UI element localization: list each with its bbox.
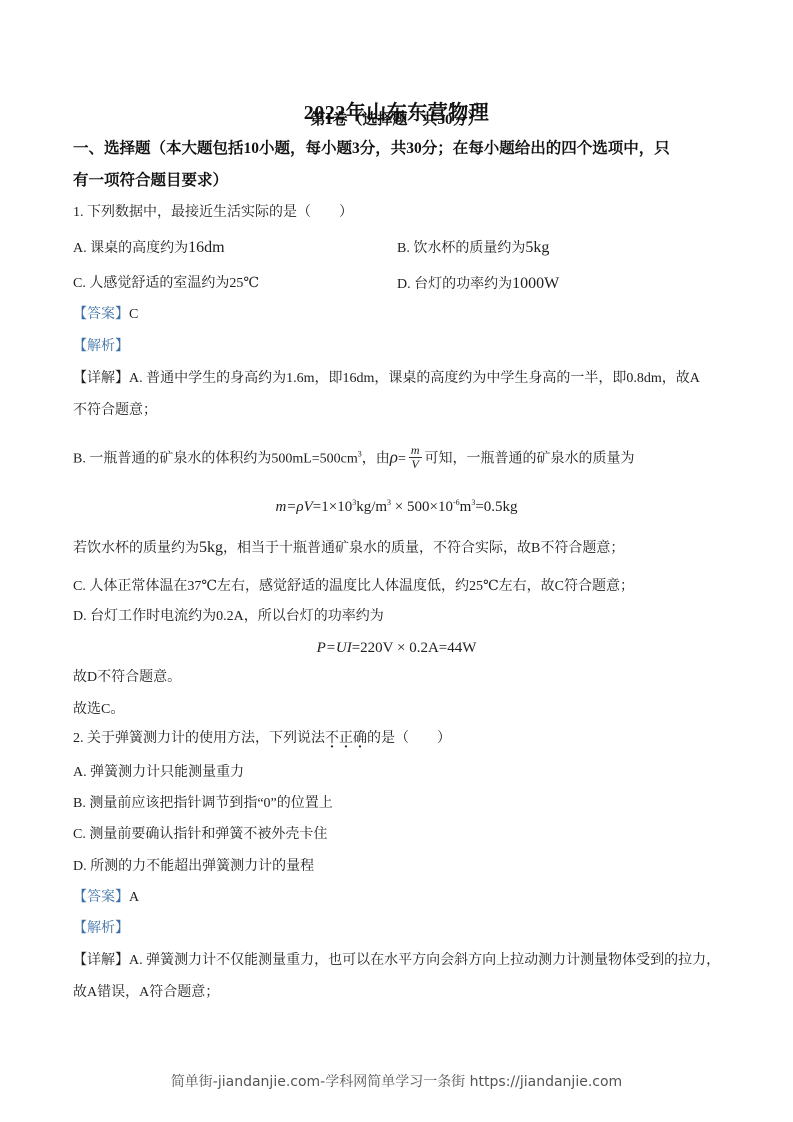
q1-option-d-value: 1000W <box>512 275 559 292</box>
q1-option-a-value: 16dm <box>188 239 224 256</box>
emphasis-char: 正 <box>339 731 353 746</box>
q2-answer-value: A <box>129 890 139 905</box>
formula-lhs: P=UI <box>317 640 352 656</box>
question-1-stem: 1. 下列数据中，最接近生活实际的是（ ） <box>73 203 353 223</box>
q1-detail-b2: 若饮水杯的质量约为5kg，相当于十瓶普通矿泉水的质量，不符合实际，故B不符合题意… <box>73 538 624 559</box>
q2-option-a: A. 弹簧测力计只能测量重力 <box>73 763 244 783</box>
q1-detail-b2-pre: 若饮水杯的质量约为 <box>73 541 199 556</box>
q2-detail-a-line2: 故A错误，A符合题意； <box>73 983 219 1003</box>
q2-detail-a-line1: 【详解】A. 弹簧测力计不仅能测量重力，也可以在水平方向会斜方向上拉动测力计测量… <box>73 951 720 971</box>
q1-detail-b-post: 可知，一瓶普通的矿泉水的质量为 <box>425 452 635 467</box>
document-page: 2022年山东东营物理 第Ⅰ卷（选择题 共30分） 一、选择题（本大题包括10小… <box>0 0 793 1122</box>
q2-stem-pre: 2. 关于弹簧测力计的使用方法，下列说法 <box>73 731 325 746</box>
q1-option-b-value: 5kg <box>525 239 549 256</box>
q1-analysis-label: 【解析】 <box>73 337 129 357</box>
formula-part: m <box>460 499 472 515</box>
q1-answer-value: C <box>129 307 138 322</box>
formula-part: m=ρV <box>275 499 312 515</box>
q1-conclusion-d: 故D不符合题意。 <box>73 668 181 688</box>
q1-option-a-text: A. 课桌的高度约为 <box>73 241 188 256</box>
q2-stem-post: 的是（ ） <box>367 731 451 746</box>
section-heading-line1: 一、选择题（本大题包括10小题，每小题3分，共30分；在每小题给出的四个选项中，… <box>73 139 670 159</box>
q1-detail-a-text: A. 普通中学生的身高约为1.6m，即16dm，课桌的高度约为中学生身高的一半，… <box>129 371 700 386</box>
q1-option-c-value: 25℃ <box>229 276 259 291</box>
q1-option-d-text: D. 台灯的功率约为 <box>397 277 512 292</box>
detail-label: 【详解】 <box>73 953 129 968</box>
q1-option-d: D. 台灯的功率约为1000W <box>397 274 559 295</box>
section-heading-line2: 有一项符合题目要求） <box>73 171 228 191</box>
emphasis-char: 确 <box>353 731 367 746</box>
analysis-label: 【解析】 <box>73 921 129 936</box>
q1-option-c: C. 人感觉舒适的室温约为25℃ <box>73 274 259 294</box>
q1-detail-b-pre: B. 一瓶普通的矿泉水的体积约为500mL=500cm <box>73 452 358 467</box>
q1-detail-b2-post: ，相当于十瓶普通矿泉水的质量，不符合实际，故B不符合题意； <box>223 541 624 556</box>
answer-label: 【答案】 <box>73 307 129 322</box>
formula-part: × 500×10 <box>391 499 453 515</box>
q1-detail-c: C. 人体正常体温在37℃左右，感觉舒适的温度比人体温度低，约25℃左右，故C符… <box>73 577 634 597</box>
emphasis-char: 不 <box>325 731 339 746</box>
q2-option-b: B. 测量前应该把指针调节到指“0”的位置上 <box>73 794 333 814</box>
answer-label: 【答案】 <box>73 890 129 905</box>
q2-option-d: D. 所测的力不能超出弹簧测力计的量程 <box>73 857 314 877</box>
question-2-stem: 2. 关于弹簧测力计的使用方法，下列说法不正确的是（ ） <box>73 729 451 749</box>
q2-analysis-label: 【解析】 <box>73 919 129 939</box>
footer-watermark: 简单街-jiandanjie.com-学科网简单学习一条街 https://ji… <box>0 1071 793 1091</box>
formula-part: =0.5kg <box>475 499 517 515</box>
q1-answer: 【答案】C <box>73 305 138 325</box>
q1-detail-d: D. 台灯工作时电流约为0.2A，所以台灯的功率约为 <box>73 607 384 627</box>
formula-part: =1×10 <box>313 499 352 515</box>
fraction-numerator: m <box>409 444 422 458</box>
q1-option-a: A. 课桌的高度约为16dm <box>73 238 225 259</box>
rho-symbol: ρ <box>390 448 398 467</box>
q1-final: 故选C。 <box>73 700 124 720</box>
fraction-denominator: V <box>409 458 422 471</box>
q1-detail-a-line2: 不符合题意； <box>73 401 157 421</box>
q2-detail-a-text: A. 弹簧测力计不仅能测量重力，也可以在水平方向会斜方向上拉动测力计测量物体受到… <box>129 953 720 968</box>
q2-option-c: C. 测量前要确认指针和弹簧不被外壳卡住 <box>73 825 327 845</box>
fraction-m-over-v: mV <box>409 444 422 471</box>
page-subtitle: 第Ⅰ卷（选择题 共30分） <box>0 108 793 129</box>
q1-option-b: B. 饮水杯的质量约为5kg <box>397 238 549 259</box>
detail-label: 【详解】 <box>73 371 129 386</box>
q1-detail-b-mid: ，由 <box>362 452 390 467</box>
q1-detail-b: B. 一瓶普通的矿泉水的体积约为500mL=500cm3，由ρ=mV可知，一瓶普… <box>73 446 635 473</box>
formula-part: kg/m <box>356 499 387 515</box>
analysis-label: 【解析】 <box>73 339 129 354</box>
q1-option-c-text: C. 人感觉舒适的室温约为 <box>73 276 229 291</box>
formula-mass: m=ρV=1×103kg/m3 × 500×10-6m3=0.5kg <box>0 497 793 517</box>
q1-detail-b2-value: 5kg <box>199 539 223 556</box>
q2-answer: 【答案】A <box>73 888 139 908</box>
equals-sign: = <box>398 452 406 467</box>
formula-rhs: =220V × 0.2A=44W <box>352 640 477 656</box>
q1-option-b-text: B. 饮水杯的质量约为 <box>397 241 525 256</box>
superscript: -6 <box>453 498 460 507</box>
formula-power: P=UI=220V × 0.2A=44W <box>0 638 793 658</box>
q1-detail-a-line1: 【详解】A. 普通中学生的身高约为1.6m，即16dm，课桌的高度约为中学生身高… <box>73 369 700 389</box>
